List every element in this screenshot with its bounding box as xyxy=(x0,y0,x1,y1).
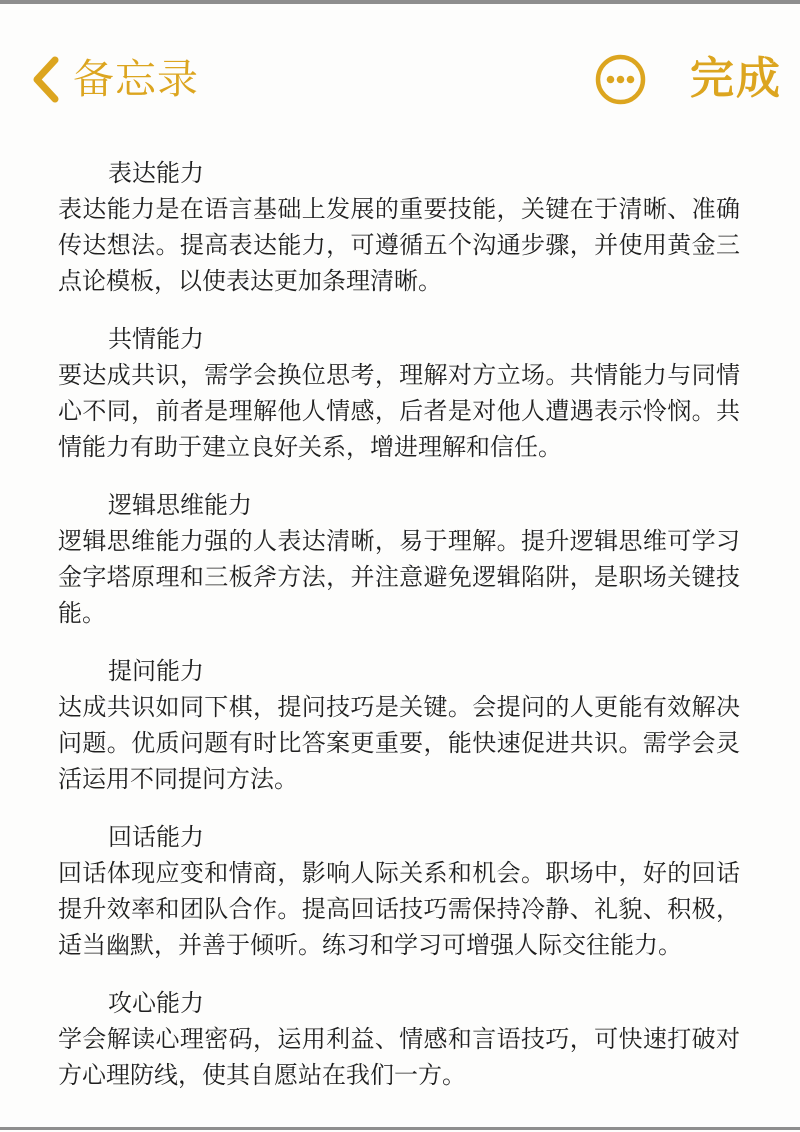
note-section: 表达能力表达能力是在语言基础上发展的重要技能，关键在于清晰、准确传达想法。提高表… xyxy=(58,156,740,300)
section-title: 回话能力 xyxy=(58,820,740,856)
note-section: 回话能力回话体现应变和情商，影响人际关系和机会。职场中，好的回话提升效率和团队合… xyxy=(58,820,740,964)
nav-bar: 备忘录 完成 xyxy=(0,46,800,112)
bottom-border-line xyxy=(0,1127,800,1130)
section-body: 逻辑思维能力强的人表达清晰，易于理解。提升逻辑思维可学习金字塔原理和三板斧方法，… xyxy=(58,524,740,632)
back-button[interactable]: 备忘录 xyxy=(32,56,199,103)
section-title: 攻心能力 xyxy=(58,986,740,1022)
section-body: 回话体现应变和情商，影响人际关系和机会。职场中，好的回话提升效率和团队合作。提高… xyxy=(58,856,740,964)
section-body: 达成共识如同下棋，提问技巧是关键。会提问的人更能有效解决问题。优质问题有时比答案… xyxy=(58,690,740,798)
back-chevron-icon xyxy=(32,56,59,103)
section-body: 要达成共识，需学会换位思考，理解对方立场。共情能力与同情心不同，前者是理解他人情… xyxy=(58,358,740,466)
section-title: 提问能力 xyxy=(58,654,740,690)
note-section: 共情能力要达成共识，需学会换位思考，理解对方立场。共情能力与同情心不同，前者是理… xyxy=(58,322,740,466)
top-border-line xyxy=(0,0,800,4)
section-body: 表达能力是在语言基础上发展的重要技能，关键在于清晰、准确传达想法。提高表达能力，… xyxy=(58,192,740,300)
note-section: 攻心能力学会解读心理密码，运用利益、情感和言语技巧，可快速打破对方心理防线，使其… xyxy=(58,986,740,1094)
more-options-icon[interactable] xyxy=(595,54,646,105)
notes-app-screen: 备忘录 完成 表达能力表达能力是在语言基础上发展的重要技能，关键在于清晰、准确传… xyxy=(0,0,800,1132)
section-body: 学会解读心理密码，运用利益、情感和言语技巧，可快速打破对方心理防线，使其自愿站在… xyxy=(58,1022,740,1094)
section-title: 共情能力 xyxy=(58,322,740,358)
section-title: 表达能力 xyxy=(58,156,740,192)
section-title: 逻辑思维能力 xyxy=(58,488,740,524)
note-section: 逻辑思维能力逻辑思维能力强的人表达清晰，易于理解。提升逻辑思维可学习金字塔原理和… xyxy=(58,488,740,632)
back-button-label: 备忘录 xyxy=(73,59,199,100)
note-section: 提问能力达成共识如同下棋，提问技巧是关键。会提问的人更能有效解决问题。优质问题有… xyxy=(58,654,740,798)
done-button[interactable]: 完成 xyxy=(690,57,782,101)
note-content[interactable]: 表达能力表达能力是在语言基础上发展的重要技能，关键在于清晰、准确传达想法。提高表… xyxy=(0,116,800,1116)
nav-right-group: 完成 xyxy=(595,54,782,105)
